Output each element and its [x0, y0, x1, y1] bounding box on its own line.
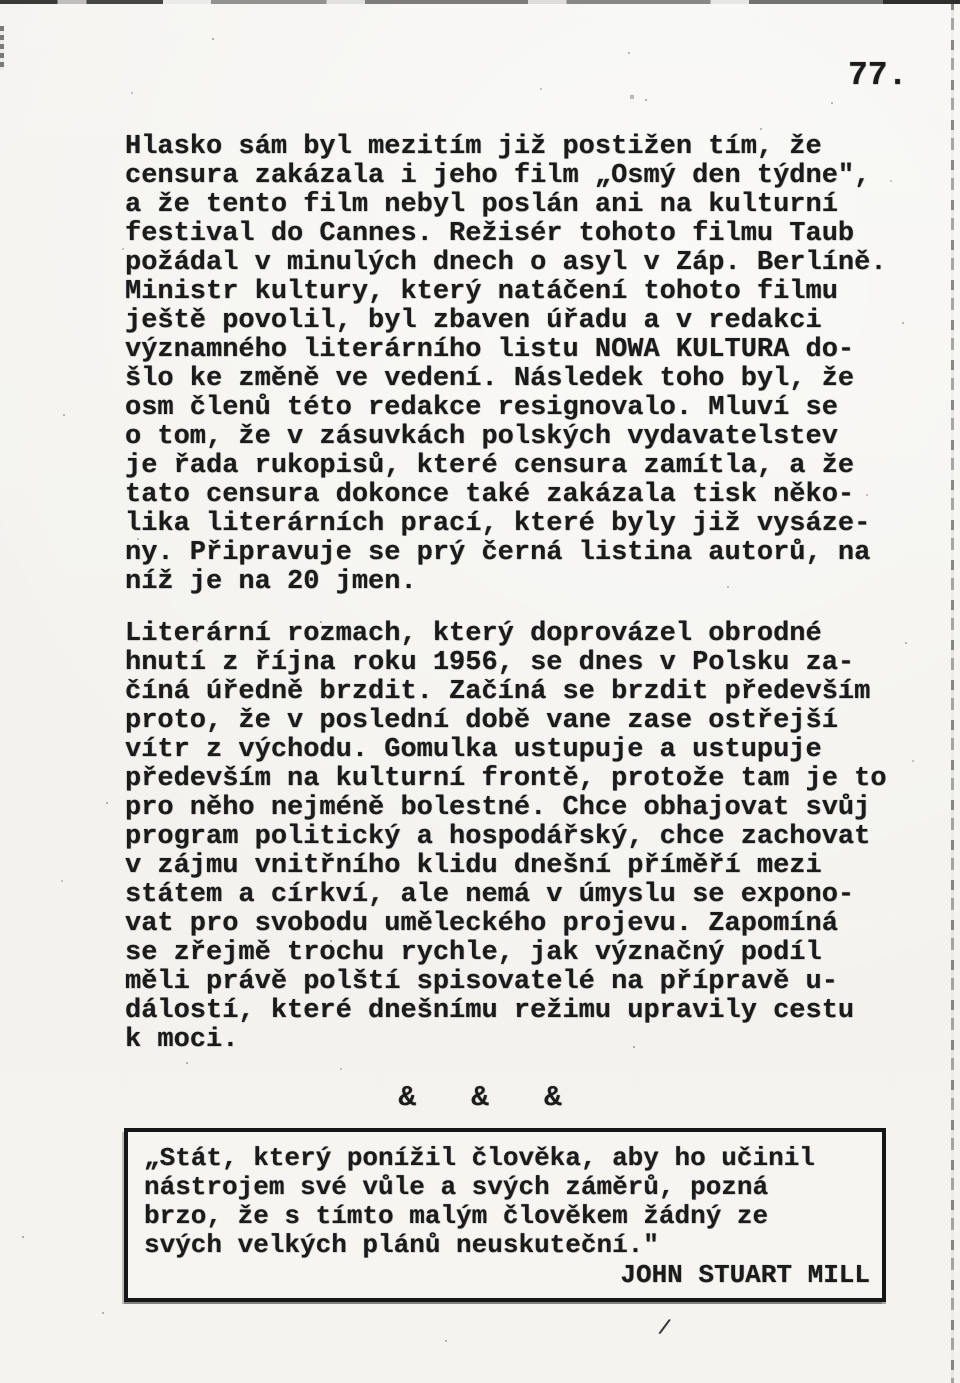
page-edge-right-line	[951, 0, 954, 1383]
page-edge-top-line	[0, 0, 960, 4]
quote-attribution: JOHN STUART MILL	[144, 1260, 874, 1290]
paper-noise-speckles	[0, 0, 2, 2]
quote-box: „Stát, který ponížil člověka, aby ho uči…	[124, 1128, 886, 1302]
page-number: 77.	[848, 58, 907, 94]
page-edge-left-marks	[0, 26, 4, 70]
paragraph-hlasko-censorship: Hlasko sám byl mezitím již postižen tím,…	[125, 133, 887, 597]
scanned-document-page: 77. Hlasko sám byl mezitím již postižen …	[0, 0, 960, 1383]
quote-text: „Stát, který ponížil člověka, aby ho uči…	[144, 1144, 874, 1260]
paragraph-literary-expansion: Literární rozmach, který doprovázel obro…	[125, 620, 887, 1055]
handwritten-slash-mark: /	[656, 1317, 672, 1342]
section-separator-ampersands: & & &	[0, 1083, 960, 1112]
